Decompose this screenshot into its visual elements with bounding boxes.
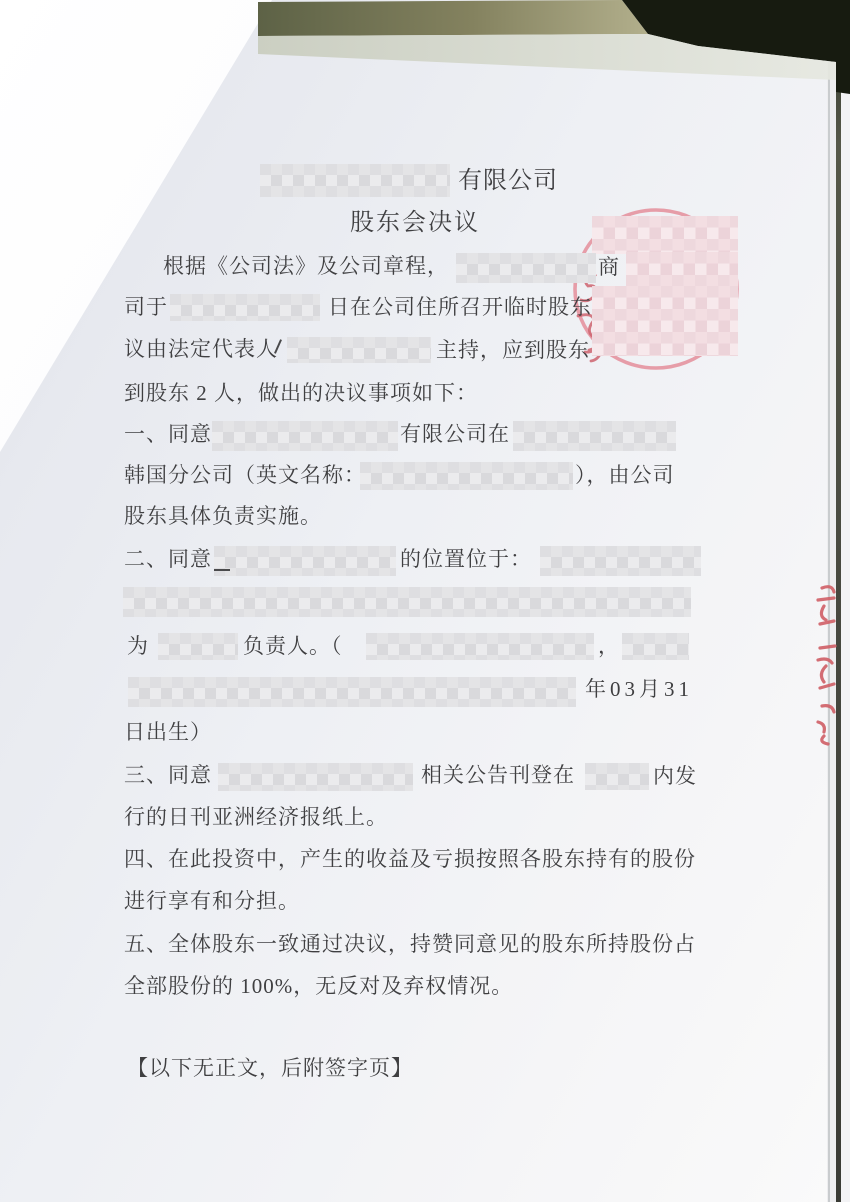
edge-seal-fragments (0, 0, 850, 1202)
scanned-document-page: 有限公司 股东会决议 根据《公司法》及公司章程， 商 司于 日在公司住所召开临时… (0, 0, 850, 1202)
